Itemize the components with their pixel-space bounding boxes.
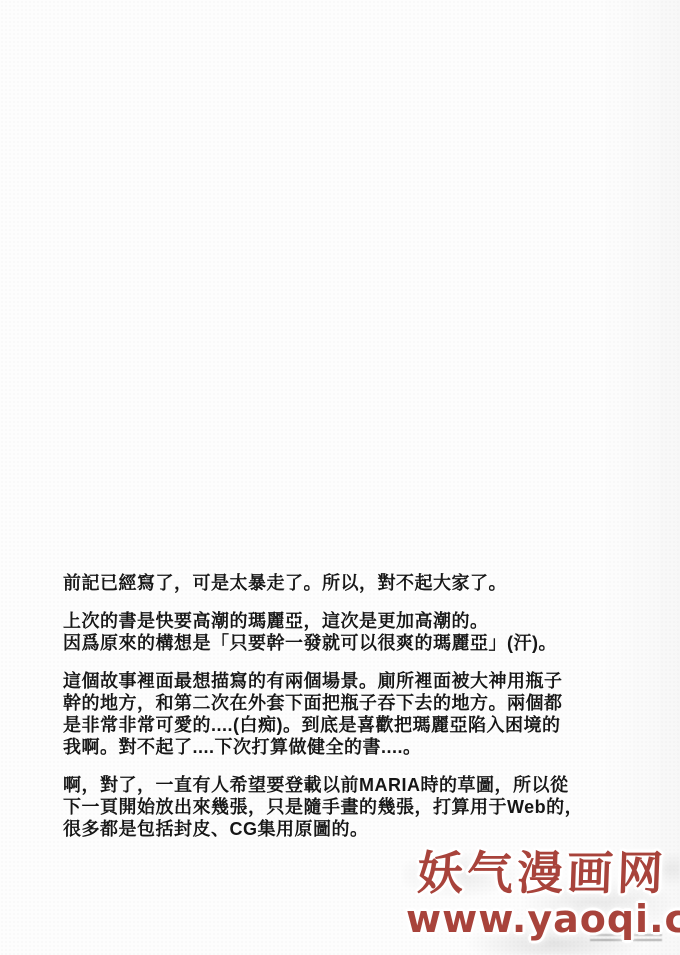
afterword-paragraph: 上次的書是快要高潮的瑪麗亞，這次是更加高潮的。 因爲原來的構想是「只要幹一發就可…: [63, 610, 628, 654]
watermark-site-url: www.yaoqi.cc: [406, 898, 678, 940]
site-watermark: 妖气漫画网 www.yaoqi.cc: [406, 845, 678, 940]
scanned-page: 前記已經寫了，可是太暴走了。所以，對不起大家了。 上次的書是快要高潮的瑪麗亞，這…: [0, 0, 680, 955]
afterword-paragraph: 這個故事裡面最想描寫的有兩個場景。廁所裡面被大神用瓶子 幹的地方，和第二次在外套…: [63, 670, 628, 758]
watermark-site-name: 妖气漫画网: [405, 845, 679, 901]
afterword-text-block: 前記已經寫了，可是太暴走了。所以，對不起大家了。 上次的書是快要高潮的瑪麗亞，這…: [63, 572, 628, 856]
afterword-paragraph: 前記已經寫了，可是太暴走了。所以，對不起大家了。: [63, 572, 628, 594]
afterword-paragraph: 啊，對了，一直有人希望要登載以前MARIA時的草圖，所以從 下一頁開始放出來幾張…: [63, 774, 628, 840]
